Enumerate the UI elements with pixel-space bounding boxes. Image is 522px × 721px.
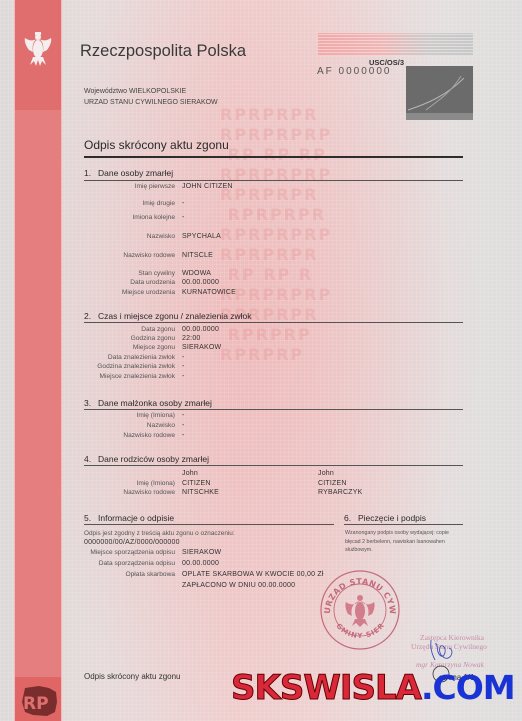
copy-info-field-label: Data sporządzenia odpisu: [99, 560, 175, 567]
spouse-field-label: Nazwisko rodowe: [123, 432, 175, 439]
deceased-field-value: 00.00.0000: [182, 279, 219, 286]
section-1-rule: [84, 180, 463, 181]
death-field-value: -: [182, 354, 185, 361]
document-title: Odpis skrócony aktu zgonu: [84, 138, 229, 152]
deceased-field-label: Imiona kolejne: [132, 214, 175, 221]
section-5-heading: 5.Informacje o odpisie: [84, 513, 174, 523]
death-field-value: 22:00: [182, 335, 201, 342]
hologram-curve-icon: [406, 66, 473, 113]
death-field-value: SIERAKOW: [182, 344, 221, 351]
spouse-field-value: -: [182, 432, 185, 439]
conformity-text: Odpis jest zgodny z treścią aktu zgonu o…: [84, 530, 235, 537]
mother-first-name-header: John: [318, 470, 334, 477]
country-title: Rzeczpospolita Polska: [80, 42, 246, 61]
deceased-field-value: KURNATOWICE: [182, 289, 236, 296]
death-field-value: -: [182, 373, 185, 380]
section-1-heading: 1.Dane osoby zmarłej: [84, 168, 173, 178]
section-6-heading: 6.Pieczęcie i podpis: [344, 513, 426, 523]
svg-text:RP: RP: [23, 694, 49, 714]
signature-note: Wzanongany podpis osoby wydającej: copie…: [345, 529, 449, 555]
deceased-field-value: NITSCLE: [182, 252, 213, 259]
security-hologram-box: [406, 66, 473, 120]
rp-poland-logo-icon: RP: [19, 684, 59, 718]
copy-info-field-value: 00.00.0000: [182, 560, 219, 567]
copy-info-field-value: OPLATE SKARBOWA W KWOCIE 00,00 Zł: [182, 571, 324, 578]
death-field-value: 00.00.0000: [182, 326, 219, 333]
section-4-rule: [84, 465, 463, 466]
death-field-label: Miejsce zgonu: [133, 344, 175, 351]
deceased-field-value: SPYCHALA: [182, 233, 221, 240]
deceased-field-label: Imię drugie: [142, 200, 175, 207]
death-field-value: -: [182, 363, 185, 370]
deceased-field-value: JOHN CITIZEN: [182, 183, 233, 190]
official-stamp-icon: URZĄD STANU CYWILNEGO GMINY SIERAKÓW: [318, 568, 402, 652]
spouse-field-label: Imię (Imiona): [137, 412, 175, 419]
copy-info-field-label: Miejsce sporządzenia odpisu: [90, 549, 175, 556]
spouse-field-value: -: [182, 412, 185, 419]
death-field-label: Data znalezienia zwłok: [108, 354, 175, 361]
death-field-label: Miejsce znalezienia zwłok: [100, 373, 176, 380]
footer-document-title: Odpis skrócony aktu zgonu: [84, 672, 181, 681]
death-field-label: Godzina znalezienia zwłok: [97, 363, 175, 370]
hologram-strip: [318, 33, 473, 56]
section-2-rule: [84, 322, 463, 323]
deceased-field-value: WDOWA: [182, 270, 211, 277]
father-first-name-header: John: [182, 470, 198, 477]
deceased-field-label: Data urodzenia: [130, 279, 175, 286]
father-name-value: CITIZEN: [182, 480, 211, 487]
rp-security-pattern: RPRPRPR RPRPRPRP RP RP RP RPRPRPRP RPRPR…: [220, 105, 350, 385]
deceased-field-label: Nazwisko rodowe: [123, 252, 175, 259]
mother-maiden-value: RYBARCZYK: [318, 489, 362, 496]
section-3-heading: 3.Dane małżonka osoby zmarłej: [84, 398, 212, 408]
section-2-heading: 2.Czas i miejsce zgonu / znalezienia zwł…: [84, 311, 252, 321]
spouse-field-label: Nazwisko: [147, 422, 175, 429]
copy-info-field-value: SIERAKOW: [182, 549, 221, 556]
title-divider: [84, 156, 463, 158]
deceased-field-label: Imię pierwsze: [135, 183, 175, 190]
deceased-field-label: Stan cywilny: [138, 270, 175, 277]
section-5-rule: [84, 524, 334, 525]
death-field-label: Godzina zgonu: [131, 335, 175, 342]
section-3-rule: [84, 409, 463, 410]
spouse-field-value: -: [182, 422, 185, 429]
deceased-field-label: Nazwisko: [147, 233, 175, 240]
fee-paid-line: ZAPŁACONO W DNIU 00.00.0000: [182, 582, 295, 589]
website-watermark: SKSWISLA.COM: [231, 668, 515, 708]
white-eagle-emblem-icon: [22, 30, 54, 68]
mother-name-value: CITIZEN: [318, 480, 347, 487]
father-maiden-value: NITSCHKE: [182, 489, 219, 496]
section-6-rule: [344, 524, 463, 525]
serial-number: AF 0000000: [317, 66, 392, 77]
deceased-field-value: -: [182, 214, 185, 221]
section-4-heading: 4.Dane rodziców osoby zmarłej: [84, 454, 209, 464]
deceased-field-label: Miejsce urodzenia: [122, 289, 175, 296]
deceased-field-value: -: [182, 200, 185, 207]
death-field-label: Data zgonu: [141, 326, 175, 333]
registry-office-line: URZAD STANU CYWILNEGO SIERAKOW: [84, 99, 218, 106]
copy-info-field-label: Opłata skarbowa: [126, 571, 175, 578]
voivodeship-line: Województwo WIELKOPOLSKIE: [84, 88, 186, 95]
act-number: 0000000/00/AZ/0000/000000: [84, 539, 180, 546]
